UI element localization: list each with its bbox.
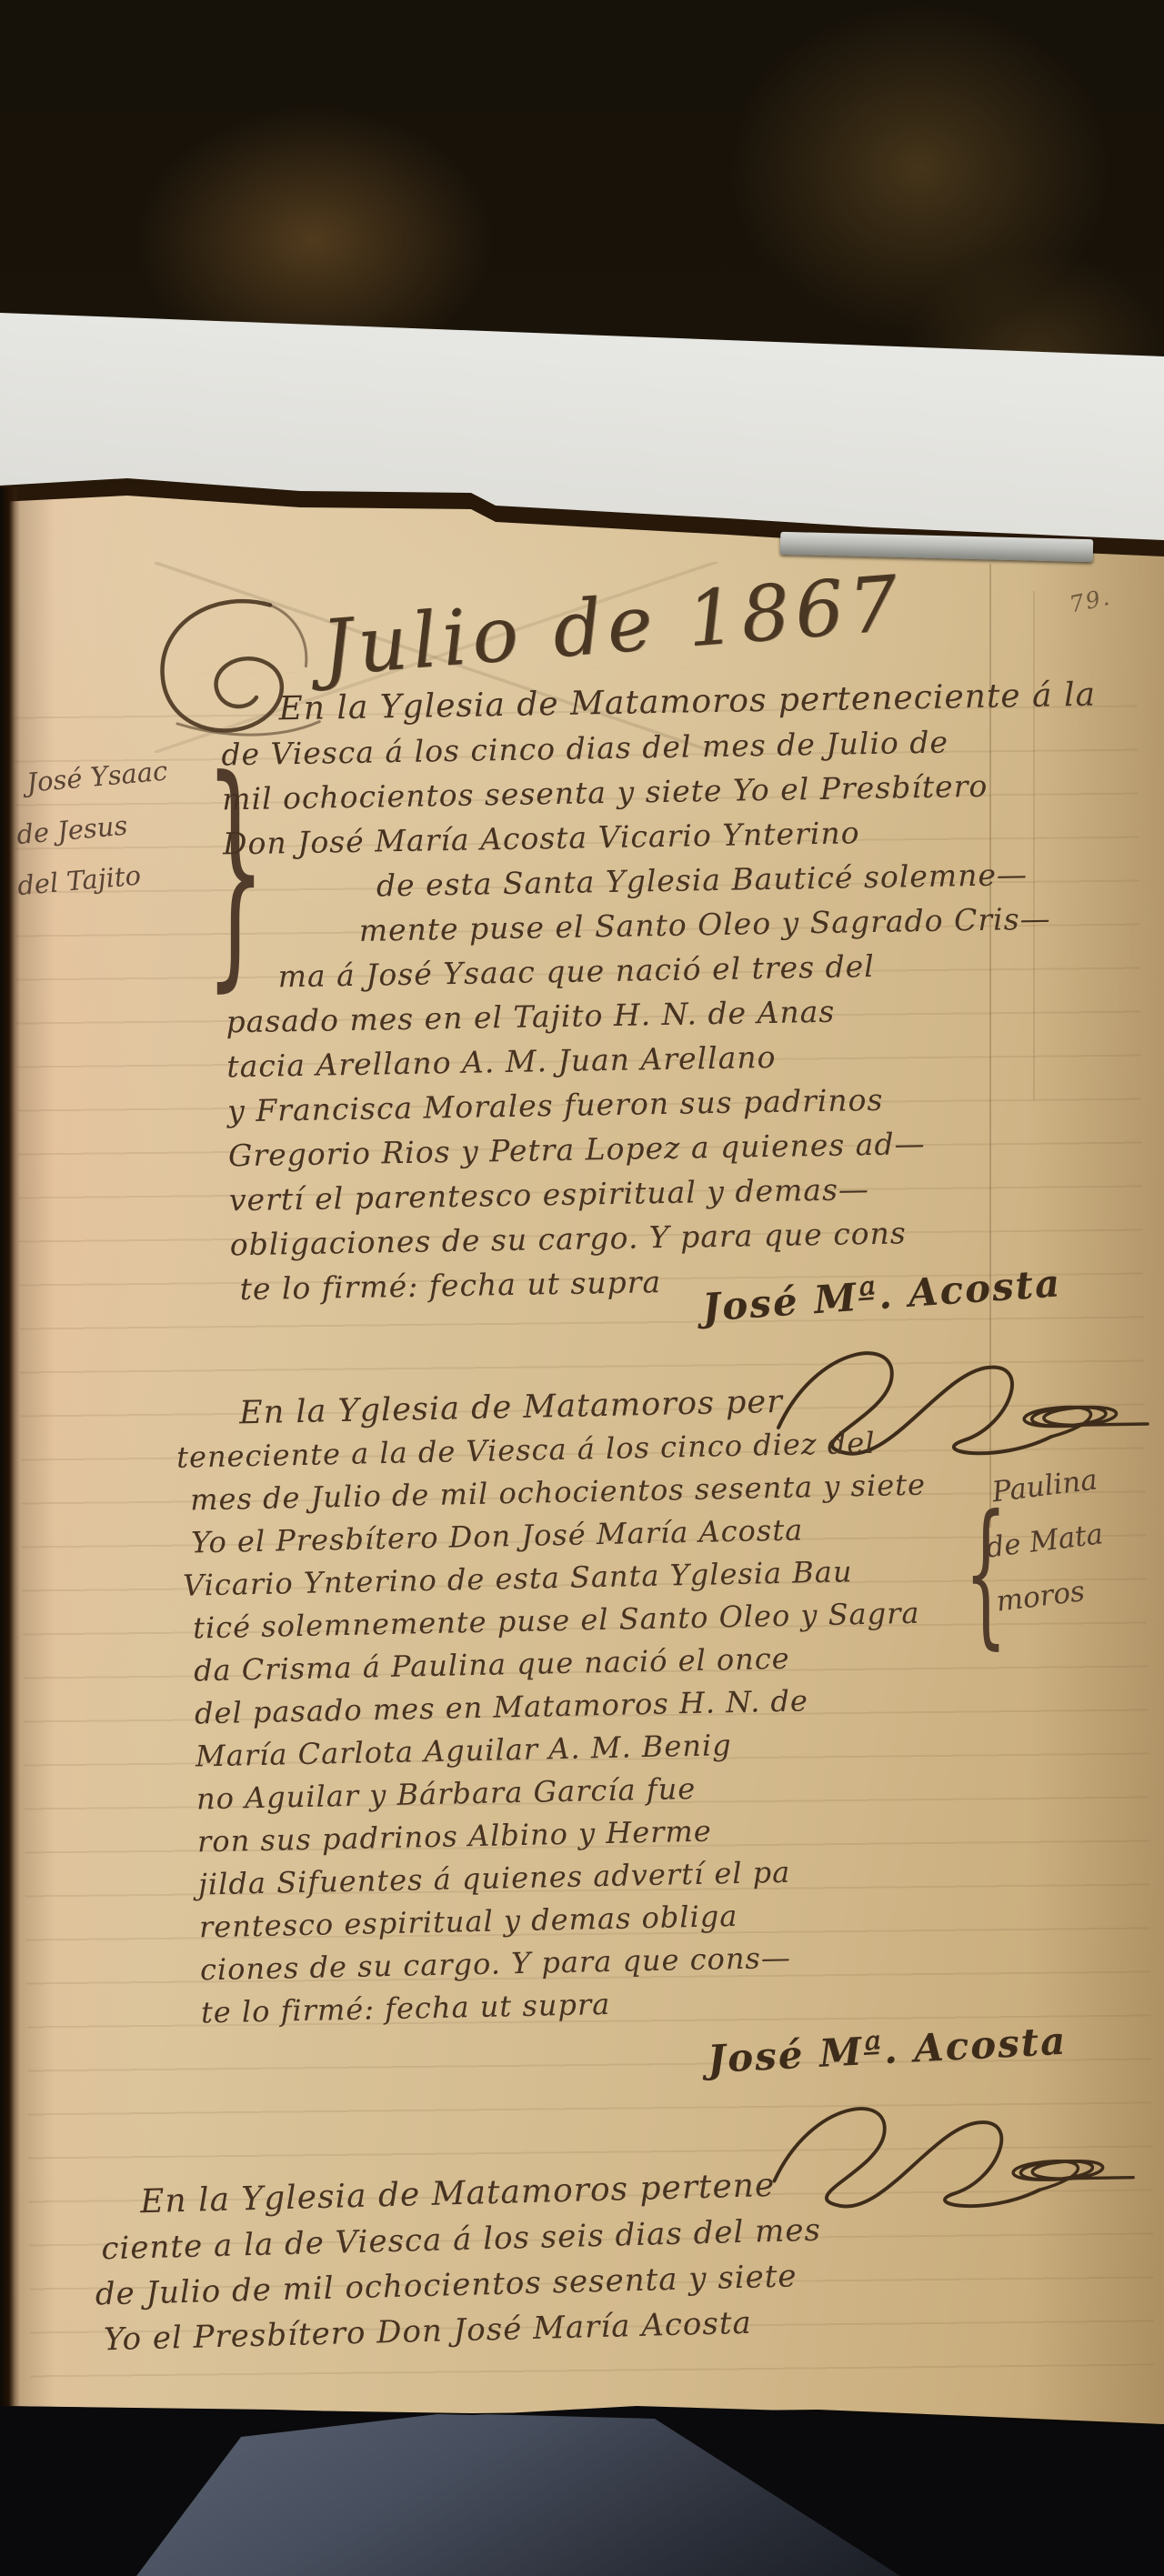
entry-1-text: En la Yglesia de Matamoros perteneciente… bbox=[220, 673, 1106, 1312]
title-text: Julio de 1867 bbox=[318, 558, 906, 693]
margin-note-right: Paulinade Matamoros bbox=[988, 1453, 1113, 1629]
fabric-fold bbox=[136, 2399, 900, 2576]
entry-3-text: En la Yglesia de Matamoros perteneciente… bbox=[100, 2162, 825, 2363]
margin-brace-icon: { bbox=[965, 1497, 1008, 1653]
margin-note-left: José Ysaacde Jesusdel Tajito bbox=[25, 746, 178, 910]
photo-scene: 79. Julio de 1867 José Ysaacde Jesusdel … bbox=[0, 0, 1164, 2576]
book-gutter-shadow bbox=[0, 487, 20, 2417]
entry-2-text: En la Yglesia de Matamoros perteneciente… bbox=[188, 1378, 938, 2035]
